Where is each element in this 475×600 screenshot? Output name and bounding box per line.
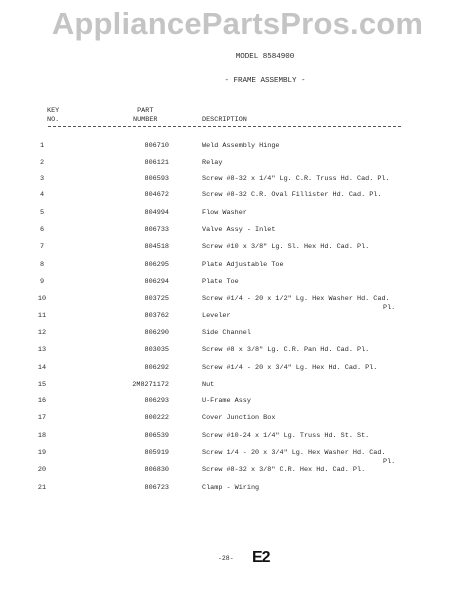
part-number: 806292 <box>114 364 169 373</box>
table-row: 3806593Screw #8-32 x 1/4" Lg. C.R. Truss… <box>0 175 475 187</box>
table-row: 19805919Screw 1/4 - 20 x 3/4" Lg. Hex Wa… <box>0 449 475 461</box>
part-number: 806539 <box>114 432 169 441</box>
table-row: 18806539Screw #10-24 x 1/4" Lg. Truss Hd… <box>0 432 475 444</box>
key-number: 18 <box>28 432 56 441</box>
column-header-part: PART NUMBER <box>133 107 157 125</box>
page-number: -28- <box>218 555 234 562</box>
key-number: 14 <box>28 364 56 373</box>
column-header-part-line1: PART <box>133 107 157 116</box>
part-description: Nut <box>202 381 214 390</box>
key-number: 6 <box>28 226 56 235</box>
key-number: 11 <box>28 312 56 321</box>
part-number: 803762 <box>114 312 169 321</box>
part-number: 806830 <box>114 466 169 475</box>
part-number: 800222 <box>114 414 169 423</box>
part-number: 806593 <box>114 175 169 184</box>
table-row: 9806294Plate Toe <box>0 278 475 290</box>
column-header-key-line2: NO. <box>47 116 59 125</box>
key-number: 16 <box>28 397 56 406</box>
part-description: Screw #8-32 C.R. Oval Fillister Hd. Cad.… <box>202 191 381 200</box>
part-description: Relay <box>202 159 222 168</box>
part-number: 804518 <box>114 243 169 252</box>
part-description: Screw #10-24 x 1/4" Lg. Truss Hd. St. St… <box>202 432 369 441</box>
column-header-description: DESCRIPTION <box>202 116 247 125</box>
part-number: 2M8271172 <box>114 381 169 390</box>
key-number: 20 <box>28 466 56 475</box>
key-number: 13 <box>28 346 56 355</box>
table-row: 2806121Relay <box>0 159 475 171</box>
part-description: Screw #8-32 x 3/8" C.R. Hex Hd. Cad. Pl. <box>202 466 365 475</box>
part-description: Screw #1/4 - 20 x 3/4" Lg. Hex Hd. Cad. … <box>202 364 377 373</box>
table-row: 1806710Weld Assembly Hinge <box>0 142 475 154</box>
part-number: 806293 <box>114 397 169 406</box>
key-number: 17 <box>28 414 56 423</box>
part-number: 806121 <box>114 159 169 168</box>
table-row: 7804518Screw #10 x 3/8" Lg. Sl. Hex Hd. … <box>0 243 475 255</box>
table-row: 16806293U-Frame Assy <box>0 397 475 409</box>
part-number: 803725 <box>114 295 169 304</box>
part-number: 806733 <box>114 226 169 235</box>
part-description: Leveler <box>202 312 231 321</box>
key-number: 3 <box>28 175 56 184</box>
model-heading: MODEL 8584900 <box>0 53 475 61</box>
part-number: 805919 <box>114 449 169 458</box>
table-row: 10803725Screw #1/4 - 20 x 1/2" Lg. Hex W… <box>0 295 475 307</box>
part-description: Flow Washer <box>202 209 247 218</box>
table-row: 13803035Screw #8 x 3/8" Lg. C.R. Pan Hd.… <box>0 346 475 358</box>
watermark: AppliancePartsPros.com <box>0 6 475 42</box>
part-description: Side Channel <box>202 329 251 338</box>
header-divider <box>48 126 401 127</box>
column-header-key-line1: KEY <box>47 107 59 116</box>
part-description: Weld Assembly Hinge <box>202 142 280 151</box>
key-number: 15 <box>28 381 56 390</box>
key-number: 8 <box>28 261 56 270</box>
table-row: 5804994Flow Washer <box>0 209 475 221</box>
part-description: Screw #1/4 - 20 x 1/2" Lg. Hex Washer Hd… <box>202 295 390 304</box>
key-number: 2 <box>28 159 56 168</box>
column-header-part-line2: NUMBER <box>133 116 157 125</box>
table-row: 6806733Valve Assy - Inlet <box>0 226 475 238</box>
key-number: 1 <box>28 142 56 151</box>
part-number: 806710 <box>114 142 169 151</box>
table-row: 21806723Clamp - Wiring <box>0 484 475 496</box>
table-row: 12806290Side Channel <box>0 329 475 341</box>
table-row: 4804672Screw #8-32 C.R. Oval Fillister H… <box>0 191 475 203</box>
part-number: 804994 <box>114 209 169 218</box>
section-code: E2 <box>252 549 270 567</box>
part-description: Plate Toe <box>202 278 239 287</box>
key-number: 9 <box>28 278 56 287</box>
part-number: 806295 <box>114 261 169 270</box>
key-number: 19 <box>28 449 56 458</box>
part-description: Screw #10 x 3/8" Lg. Sl. Hex Hd. Cad. Pl… <box>202 243 369 252</box>
section-title: - FRAME ASSEMBLY - <box>0 77 475 85</box>
column-header-key: KEY NO. <box>47 107 59 125</box>
part-number: 806294 <box>114 278 169 287</box>
table-row: 11803762Leveler <box>0 312 475 324</box>
table-row: 14806292Screw #1/4 - 20 x 3/4" Lg. Hex H… <box>0 364 475 376</box>
part-number: 806723 <box>114 484 169 493</box>
part-description: Clamp - Wiring <box>202 484 259 493</box>
table-row: 8806295Plate Adjustable Toe <box>0 261 475 273</box>
part-description: Screw #8 x 3/8" Lg. C.R. Pan Hd. Cad. Pl… <box>202 346 369 355</box>
key-number: 5 <box>28 209 56 218</box>
key-number: 10 <box>28 295 56 304</box>
part-number: 806290 <box>114 329 169 338</box>
part-number: 803035 <box>114 346 169 355</box>
part-description: U-Frame Assy <box>202 397 251 406</box>
part-description: Screw 1/4 - 20 x 3/4" Lg. Hex Washer Hd.… <box>202 449 386 458</box>
part-description: Screw #8-32 x 1/4" Lg. C.R. Truss Hd. Ca… <box>202 175 390 184</box>
key-number: 4 <box>28 191 56 200</box>
key-number: 21 <box>28 484 56 493</box>
part-description: Cover Junction Box <box>202 414 275 423</box>
part-number: 804672 <box>114 191 169 200</box>
table-row: 20806830Screw #8-32 x 3/8" C.R. Hex Hd. … <box>0 466 475 478</box>
table-row: 152M8271172Nut <box>0 381 475 393</box>
key-number: 7 <box>28 243 56 252</box>
table-row: 17800222Cover Junction Box <box>0 414 475 426</box>
part-description: Plate Adjustable Toe <box>202 261 284 270</box>
key-number: 12 <box>28 329 56 338</box>
part-description: Valve Assy - Inlet <box>202 226 275 235</box>
